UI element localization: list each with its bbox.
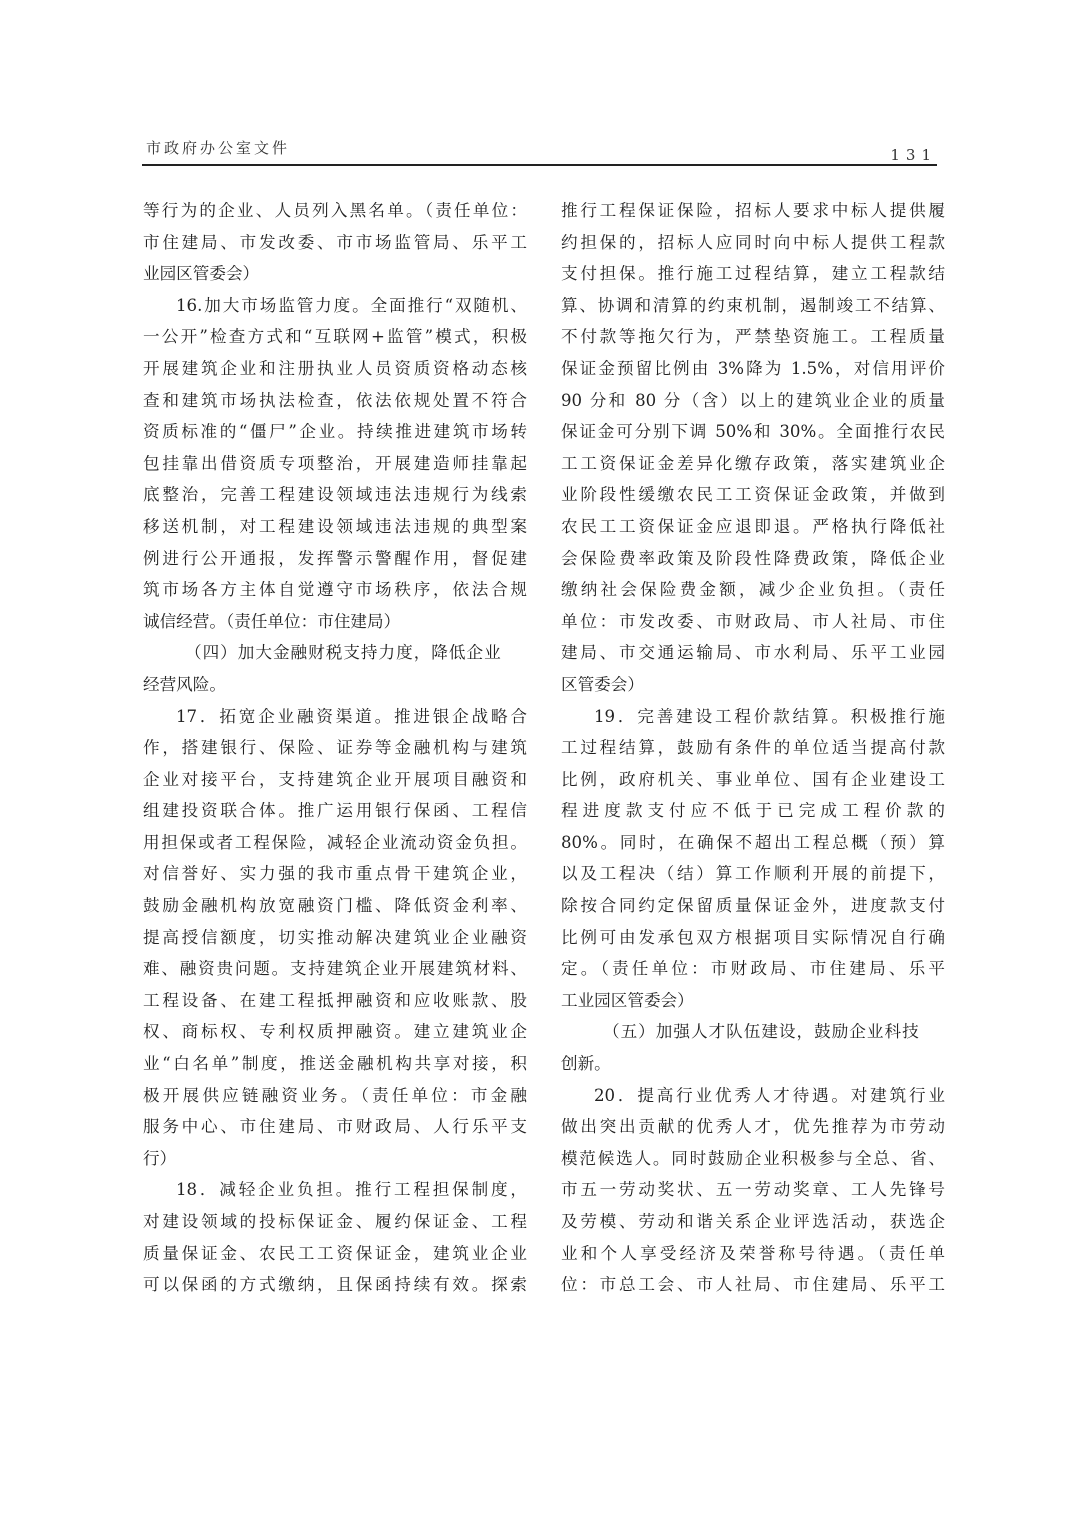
text-line: 提高授信额度，切实推动解决建筑业企业融资	[143, 922, 527, 954]
text-line: 除按合同约定保留质量保证金外，进度款支付	[561, 890, 945, 922]
text-line: 支付担保。推行施工过程结算，建立工程款结	[561, 258, 945, 290]
text-line: 19．完善建设工程价款结算。积极推行施	[561, 701, 945, 733]
section-heading: （四）加大金融财税支持力度，降低企业	[143, 637, 527, 669]
text-line: 保证金预留比例由 3%降为 1.5%，对信用评价	[561, 353, 945, 385]
text-line: 区管委会）	[561, 669, 945, 701]
text-line: 包挂靠出借资质专项整治，开展建造师挂靠起	[143, 448, 527, 480]
text-line: 以及工程决（结）算工作顺利开展的前提下，	[561, 858, 945, 890]
text-line: 保证金可分别下调 50%和 30%。全面推行农民	[561, 416, 945, 448]
page-number: 131	[890, 146, 937, 164]
text-line: 程进度款支付应不低于已完成工程价款的	[561, 795, 945, 827]
left-column: 等行为的企业、人员列入黑名单。（责任单位：市住建局、市发改委、市市场监管局、乐平…	[143, 195, 527, 1301]
text-line: 底整治，完善工程建设领域违法违规行为线索	[143, 479, 527, 511]
text-line: 16.加大市场监管力度。全面推行“双随机、	[143, 290, 527, 322]
text-line: 建局、市交通运输局、市水利局、乐平工业园	[561, 637, 945, 669]
text-line: 模范候选人。同时鼓励企业积极参与全总、省、	[561, 1143, 945, 1175]
text-line: 经营风险。	[143, 669, 527, 701]
header-divider	[142, 164, 937, 166]
text-line: 缴纳社会保险费金额，减少企业负担。（责任	[561, 574, 945, 606]
text-line: 作，搭建银行、保险、证券等金融机构与建筑	[143, 732, 527, 764]
text-line: 及劳模、劳动和谐关系企业评选活动，获选企	[561, 1206, 945, 1238]
text-line: 权、商标权、专利权质押融资。建立建筑业企	[143, 1016, 527, 1048]
text-line: 约担保的，招标人应同时向中标人提供工程款	[561, 227, 945, 259]
text-line: 服务中心、市住建局、市财政局、人行乐平支	[143, 1111, 527, 1143]
header-title: 市政府办公室文件	[146, 137, 290, 158]
text-line: 质量保证金、农民工工资保证金，建筑业企业	[143, 1238, 527, 1270]
text-line: 行）	[143, 1143, 527, 1175]
text-line: 工过程结算，鼓励有条件的单位适当提高付款	[561, 732, 945, 764]
text-line: 90 分和 80 分（含）以上的建筑业企业的质量	[561, 385, 945, 417]
text-line: 做出突出贡献的优秀人才，优先推荐为市劳动	[561, 1111, 945, 1143]
text-line: 对信誉好、实力强的我市重点骨干建筑企业，	[143, 858, 527, 890]
text-line: 市住建局、市发改委、市市场监管局、乐平工	[143, 227, 527, 259]
text-line: 不付款等拖欠行为，严禁垫资施工。工程质量	[561, 321, 945, 353]
text-line: 资质标准的“僵尸”企业。持续推进建筑市场转	[143, 416, 527, 448]
text-line: 开展建筑企业和注册执业人员资质资格动态核	[143, 353, 527, 385]
text-line: 18．减轻企业负担。推行工程担保制度，	[143, 1174, 527, 1206]
text-line: 80%。同时，在确保不超出工程总概（预）算	[561, 827, 945, 859]
text-line: 会保险费率政策及阶段性降费政策，降低企业	[561, 543, 945, 575]
text-line: 定。（责任单位：市财政局、市住建局、乐平	[561, 953, 945, 985]
text-line: 20．提高行业优秀人才待遇。对建筑行业	[561, 1080, 945, 1112]
text-line: 一公开”检查方式和“互联网+监管”模式，积极	[143, 321, 527, 353]
text-line: 农民工工资保证金应退即退。严格执行降低社	[561, 511, 945, 543]
text-line: 工工资保证金差异化缴存政策，落实建筑业企	[561, 448, 945, 480]
text-line: 诚信经营。（责任单位：市住建局）	[143, 606, 527, 638]
section-heading: （五）加强人才队伍建设，鼓励企业科技	[561, 1016, 945, 1048]
text-line: 工业园区管委会）	[561, 985, 945, 1017]
text-line: 难、融资贵问题。支持建筑企业开展建筑材料、	[143, 953, 527, 985]
text-line: 17．拓宽企业融资渠道。推进银企战略合	[143, 701, 527, 733]
text-line: 企业对接平台，支持建筑企业开展项目融资和	[143, 764, 527, 796]
text-line: 比例可由发承包双方根据项目实际情况自行确	[561, 922, 945, 954]
text-line: 鼓励金融机构放宽融资门槛、降低资金利率、	[143, 890, 527, 922]
text-line: 例进行公开通报，发挥警示警醒作用，督促建	[143, 543, 527, 575]
text-line: 业园区管委会）	[143, 258, 527, 290]
text-line: 业阶段性缓缴农民工工资保证金政策，并做到	[561, 479, 945, 511]
right-column: 推行工程保证保险，招标人要求中标人提供履约担保的，招标人应同时向中标人提供工程款…	[561, 195, 945, 1301]
text-line: 查和建筑市场执法检查，依法依规处置不符合	[143, 385, 527, 417]
text-line: 市五一劳动奖状、五一劳动奖章、工人先锋号	[561, 1174, 945, 1206]
text-line: 用担保或者工程保险，减轻企业流动资金负担。	[143, 827, 527, 859]
text-line: 位：市总工会、市人社局、市住建局、乐平工	[561, 1269, 945, 1301]
text-line: 筑市场各方主体自觉遵守市场秩序，依法合规	[143, 574, 527, 606]
text-line: 比例，政府机关、事业单位、国有企业建设工	[561, 764, 945, 796]
text-line: 单位：市发改委、市财政局、市人社局、市住	[561, 606, 945, 638]
text-line: 极开展供应链融资业务。（责任单位：市金融	[143, 1080, 527, 1112]
text-line: 组建投资联合体。推广运用银行保函、工程信	[143, 795, 527, 827]
text-line: 业和个人享受经济及荣誉称号待遇。（责任单	[561, 1238, 945, 1270]
text-line: 推行工程保证保险，招标人要求中标人提供履	[561, 195, 945, 227]
text-line: 移送机制，对工程建设领域违法违规的典型案	[143, 511, 527, 543]
text-line: 创新。	[561, 1048, 945, 1080]
text-line: 工程设备、在建工程抵押融资和应收账款、股	[143, 985, 527, 1017]
text-line: 等行为的企业、人员列入黑名单。（责任单位：	[143, 195, 527, 227]
text-line: 业“白名单”制度，推送金融机构共享对接，积	[143, 1048, 527, 1080]
text-line: 可以保函的方式缴纳，且保函持续有效。探索	[143, 1269, 527, 1301]
text-line: 对建设领域的投标保证金、履约保证金、工程	[143, 1206, 527, 1238]
text-line: 算、协调和清算的约束机制，遏制竣工不结算、	[561, 290, 945, 322]
